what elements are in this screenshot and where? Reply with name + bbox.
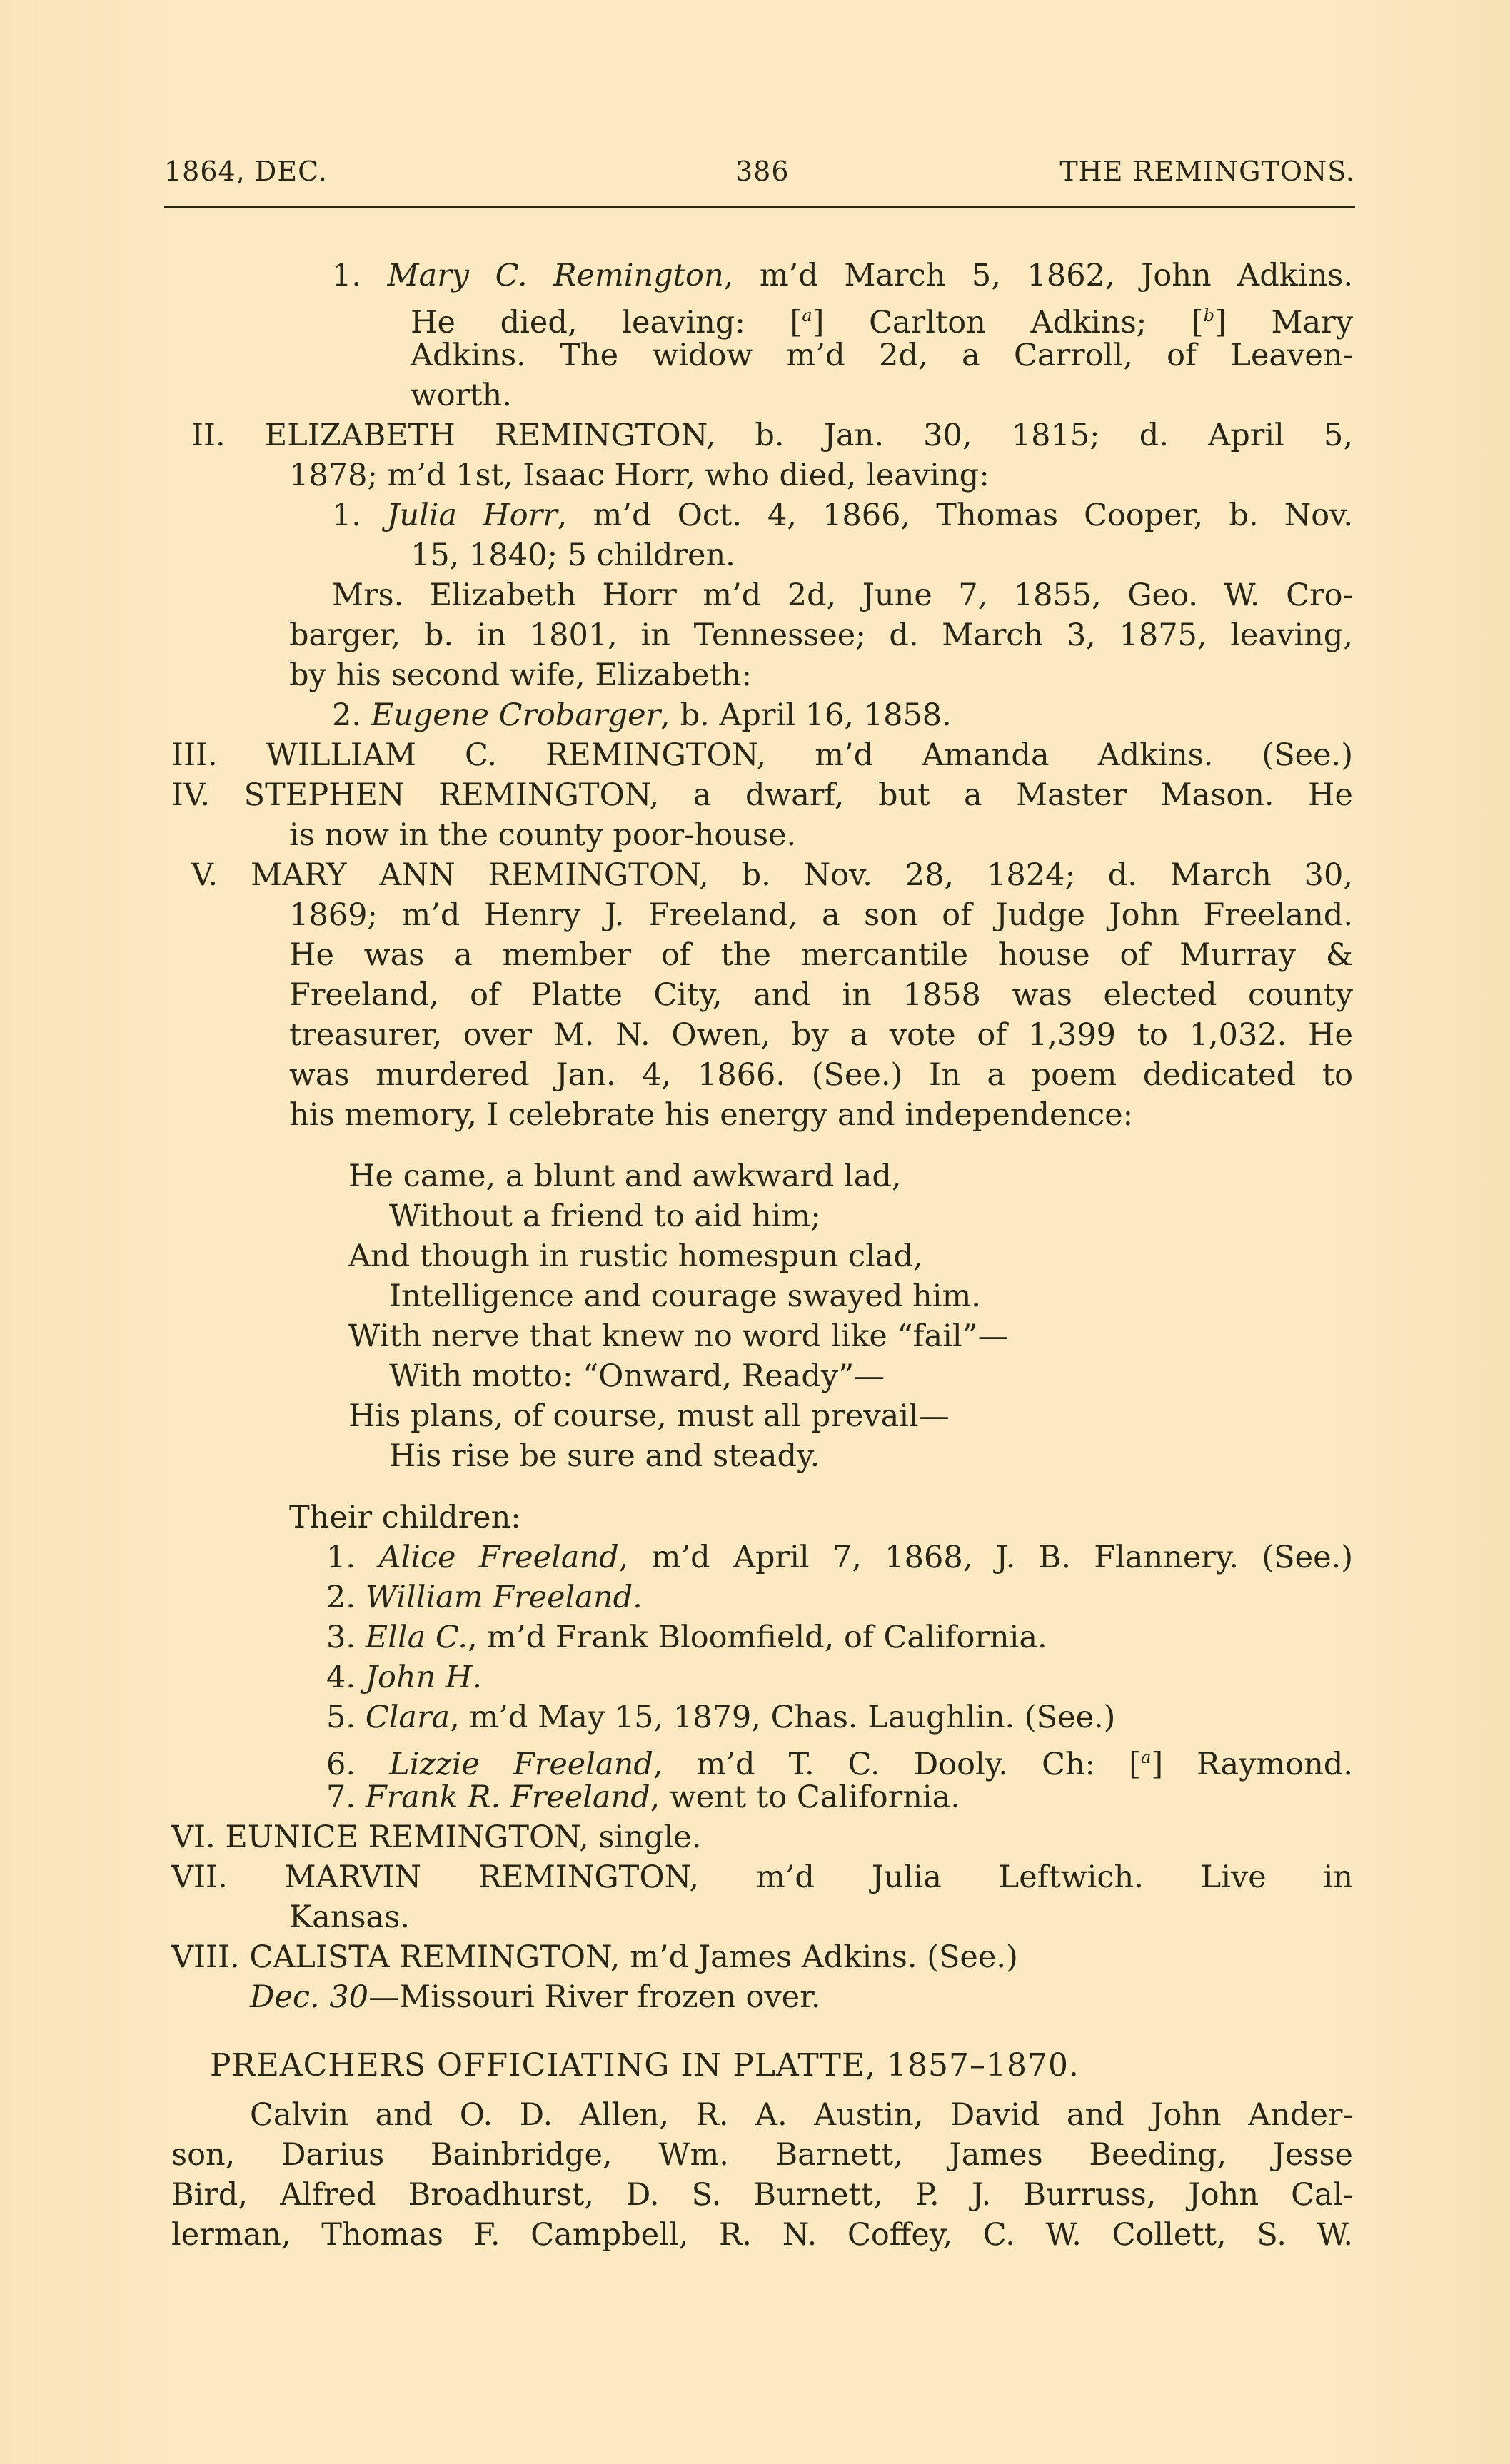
text-line: is now in the county poor-house. [289, 815, 796, 855]
text-run: And though in rustic homespun clad, [348, 1238, 923, 1274]
italic-name: John H. [366, 1660, 482, 1695]
text-run: 1. [332, 498, 387, 533]
text-run: , m’d Frank Bloomfield, of California. [468, 1620, 1047, 1655]
text-line: 3. Ella C., m’d Frank Bloomfield, of Cal… [326, 1617, 1047, 1657]
text-run: 2. [332, 697, 371, 733]
text-run: 1. [332, 258, 388, 293]
text-line: worth. [411, 375, 512, 415]
text-run: son, Darius Bainbridge, Wm. Barnett, Jam… [171, 2137, 1353, 2173]
text-line: He came, a blunt and awkward lad, [348, 1156, 902, 1196]
text-line: 1878; m’d 1st, Isaac Horr, who died, lea… [289, 455, 990, 495]
text-line: son, Darius Bainbridge, Wm. Barnett, Jam… [171, 2135, 1353, 2175]
text-run: Bird, Alfred Broadhurst, D. S. Burnett, … [171, 2177, 1353, 2213]
text-run: ] Raymond. [1151, 1747, 1353, 1782]
text-run: his memory, I celebrate his energy and i… [289, 1097, 1133, 1133]
text-run: Their children: [289, 1500, 521, 1535]
text-line: Adkins. The widow m’d 2d, a Carroll, of … [411, 335, 1353, 375]
text-line: his memory, I celebrate his energy and i… [289, 1095, 1133, 1135]
text-line: VI. EUNICE REMINGTON, single. [171, 1817, 701, 1857]
text-run: IV. STEPHEN REMINGTON, a dwarf, but a Ma… [171, 777, 1353, 813]
text-run: , b. April 16, 1858. [660, 697, 952, 733]
section-heading-preachers: PREACHERS OFFICIATING IN PLATTE, 1857–18… [210, 2047, 1079, 2084]
text-line: Without a friend to aid him; [389, 1196, 821, 1236]
italic-name: William Freeland. [366, 1580, 643, 1615]
text-line: III. WILLIAM C. REMINGTON, m’d Amanda Ad… [171, 735, 1353, 775]
text-line: Calvin and O. D. Allen, R. A. Austin, Da… [250, 2095, 1353, 2135]
text-line: VIII. CALISTA REMINGTON, m’d James Adkin… [171, 1937, 1018, 1977]
superscript-marker: a [802, 306, 812, 325]
text-line: was murdered Jan. 4, 1866. (See.) In a p… [289, 1055, 1353, 1095]
text-line: barger, b. in 1801, in Tennessee; d. Mar… [289, 615, 1353, 655]
superscript-marker: b [1204, 306, 1214, 325]
text-line: 4. John H. [326, 1657, 482, 1697]
text-run: Calvin and O. D. Allen, R. A. Austin, Da… [250, 2097, 1353, 2133]
text-line: His rise be sure and steady. [389, 1436, 820, 1476]
text-run: Adkins. The widow m’d 2d, a Carroll, of … [411, 338, 1353, 373]
text-run: His rise be sure and steady. [389, 1438, 820, 1474]
text-line: lerman, Thomas F. Campbell, R. N. Coffey… [171, 2215, 1353, 2255]
text-line: 5. Clara, m’d May 15, 1879, Chas. Laughl… [326, 1697, 1115, 1737]
text-run: 7. [326, 1779, 366, 1815]
italic-name: Mary C. Remington [388, 258, 724, 293]
text-run: , m’d Oct. 4, 1866, Thomas Cooper, b. No… [558, 498, 1353, 533]
text-run: 1. [326, 1540, 378, 1575]
text-run: 1878; m’d 1st, Isaac Horr, who died, lea… [289, 458, 990, 493]
text-line: treasurer, over M. N. Owen, by a vote of… [289, 1015, 1353, 1055]
text-run: 5. [326, 1700, 366, 1735]
text-line: Their children: [289, 1498, 521, 1538]
text-line: His plans, of course, must all prevail— [348, 1396, 950, 1436]
text-run: With motto: “Onward, Ready”— [389, 1358, 885, 1394]
page-number: 386 [735, 156, 790, 187]
text-run: lerman, Thomas F. Campbell, R. N. Coffey… [171, 2217, 1353, 2253]
italic-name: Dec. 30 [250, 1979, 368, 2015]
text-run: 2. [326, 1580, 366, 1615]
text-line: 2. Eugene Crobarger, b. April 16, 1858. [332, 695, 952, 735]
text-run: VI. EUNICE REMINGTON, single. [171, 1819, 701, 1855]
running-head-title: THE REMINGTONS. [1059, 156, 1355, 187]
running-head: 1864, DEC. 386 THE REMINGTONS. [164, 156, 1355, 191]
text-line: VII. MARVIN REMINGTON, m’d Julia Leftwic… [171, 1857, 1353, 1897]
text-run: II. ELIZABETH REMINGTON, b. Jan. 30, 181… [191, 418, 1353, 453]
text-run: Kansas. [289, 1899, 410, 1935]
text-run: was murdered Jan. 4, 1866. (See.) In a p… [289, 1057, 1353, 1093]
italic-name: Eugene Crobarger [371, 697, 660, 733]
text-line: by his second wife, Elizabeth: [289, 655, 752, 695]
text-run: Freeland, of Platte City, and in 1858 wa… [289, 977, 1353, 1013]
text-run: , m’d May 15, 1879, Chas. Laughlin. (See… [450, 1700, 1115, 1735]
text-run: barger, b. in 1801, in Tennessee; d. Mar… [289, 617, 1353, 653]
text-line: And though in rustic homespun clad, [348, 1236, 923, 1276]
text-line: He was a member of the mercantile house … [289, 935, 1353, 975]
text-line: 7. Frank R. Freeland, went to California… [326, 1777, 960, 1817]
italic-name: Julia Horr [387, 498, 558, 533]
text-run: VII. MARVIN REMINGTON, m’d Julia Leftwic… [171, 1859, 1353, 1895]
text-run: VIII. CALISTA REMINGTON, m’d James Adkin… [171, 1939, 1018, 1975]
text-run: , went to California. [650, 1779, 960, 1815]
text-run: With nerve that knew no word like “fail”… [348, 1318, 1009, 1354]
text-line: 1869; m’d Henry J. Freeland, a son of Ju… [289, 895, 1353, 935]
text-line: Bird, Alfred Broadhurst, D. S. Burnett, … [171, 2175, 1353, 2215]
text-run: treasurer, over M. N. Owen, by a vote of… [289, 1017, 1353, 1053]
text-run: V. MARY ANN REMINGTON, b. Nov. 28, 1824;… [191, 857, 1353, 893]
text-line: Intelligence and courage swayed him. [389, 1276, 981, 1316]
text-line: V. MARY ANN REMINGTON, b. Nov. 28, 1824;… [191, 855, 1353, 895]
text-run: Intelligence and courage swayed him. [389, 1278, 981, 1314]
text-run: , m’d April 7, 1868, J. B. Flannery. (Se… [619, 1540, 1353, 1575]
text-run: He was a member of the mercantile house … [289, 937, 1353, 973]
text-line: IV. STEPHEN REMINGTON, a dwarf, but a Ma… [171, 775, 1353, 815]
text-line: Dec. 30—Missouri River frozen over. [250, 1977, 821, 2017]
text-run: —Missouri River frozen over. [368, 1979, 821, 2015]
text-line: With motto: “Onward, Ready”— [389, 1356, 885, 1396]
text-run: by his second wife, Elizabeth: [289, 657, 752, 693]
text-run: III. WILLIAM C. REMINGTON, m’d Amanda Ad… [171, 737, 1353, 773]
header-rule [164, 206, 1355, 208]
text-line: Freeland, of Platte City, and in 1858 wa… [289, 975, 1353, 1015]
book-page: 1864, DEC. 386 THE REMINGTONS. 1. Mary C… [0, 0, 1510, 2464]
text-run: worth. [411, 378, 512, 413]
text-run: His plans, of course, must all prevail— [348, 1398, 950, 1434]
text-run: 15, 1840; 5 children. [411, 537, 735, 573]
text-run: Mrs. Elizabeth Horr m’d 2d, June 7, 1855… [332, 577, 1353, 613]
text-run: , m’d March 5, 1862, John Adkins. [724, 258, 1353, 293]
text-line: 1. Mary C. Remington, m’d March 5, 1862,… [332, 256, 1353, 296]
text-run: is now in the county poor-house. [289, 817, 796, 853]
text-run: Without a friend to aid him; [389, 1198, 821, 1234]
superscript-marker: a [1141, 1747, 1151, 1767]
running-head-date: 1864, DEC. [164, 156, 328, 187]
text-line: With nerve that knew no word like “fail”… [348, 1316, 1009, 1356]
italic-name: Alice Freeland [378, 1540, 618, 1575]
text-line: 1. Alice Freeland, m’d April 7, 1868, J.… [326, 1538, 1353, 1577]
text-line: 2. William Freeland. [326, 1577, 643, 1617]
italic-name: Ella C. [366, 1620, 468, 1655]
text-line: II. ELIZABETH REMINGTON, b. Jan. 30, 181… [191, 415, 1353, 455]
text-line: Mrs. Elizabeth Horr m’d 2d, June 7, 1855… [332, 575, 1353, 615]
text-run: He came, a blunt and awkward lad, [348, 1158, 902, 1194]
text-run: 3. [326, 1620, 366, 1655]
text-run: 4. [326, 1660, 366, 1695]
text-line: 1. Julia Horr, m’d Oct. 4, 1866, Thomas … [332, 495, 1353, 535]
text-line: 15, 1840; 5 children. [411, 535, 735, 575]
italic-name: Clara [366, 1700, 450, 1735]
text-run: 1869; m’d Henry J. Freeland, a son of Ju… [289, 897, 1353, 933]
italic-name: Frank R. Freeland [366, 1779, 650, 1815]
text-line: Kansas. [289, 1897, 410, 1937]
